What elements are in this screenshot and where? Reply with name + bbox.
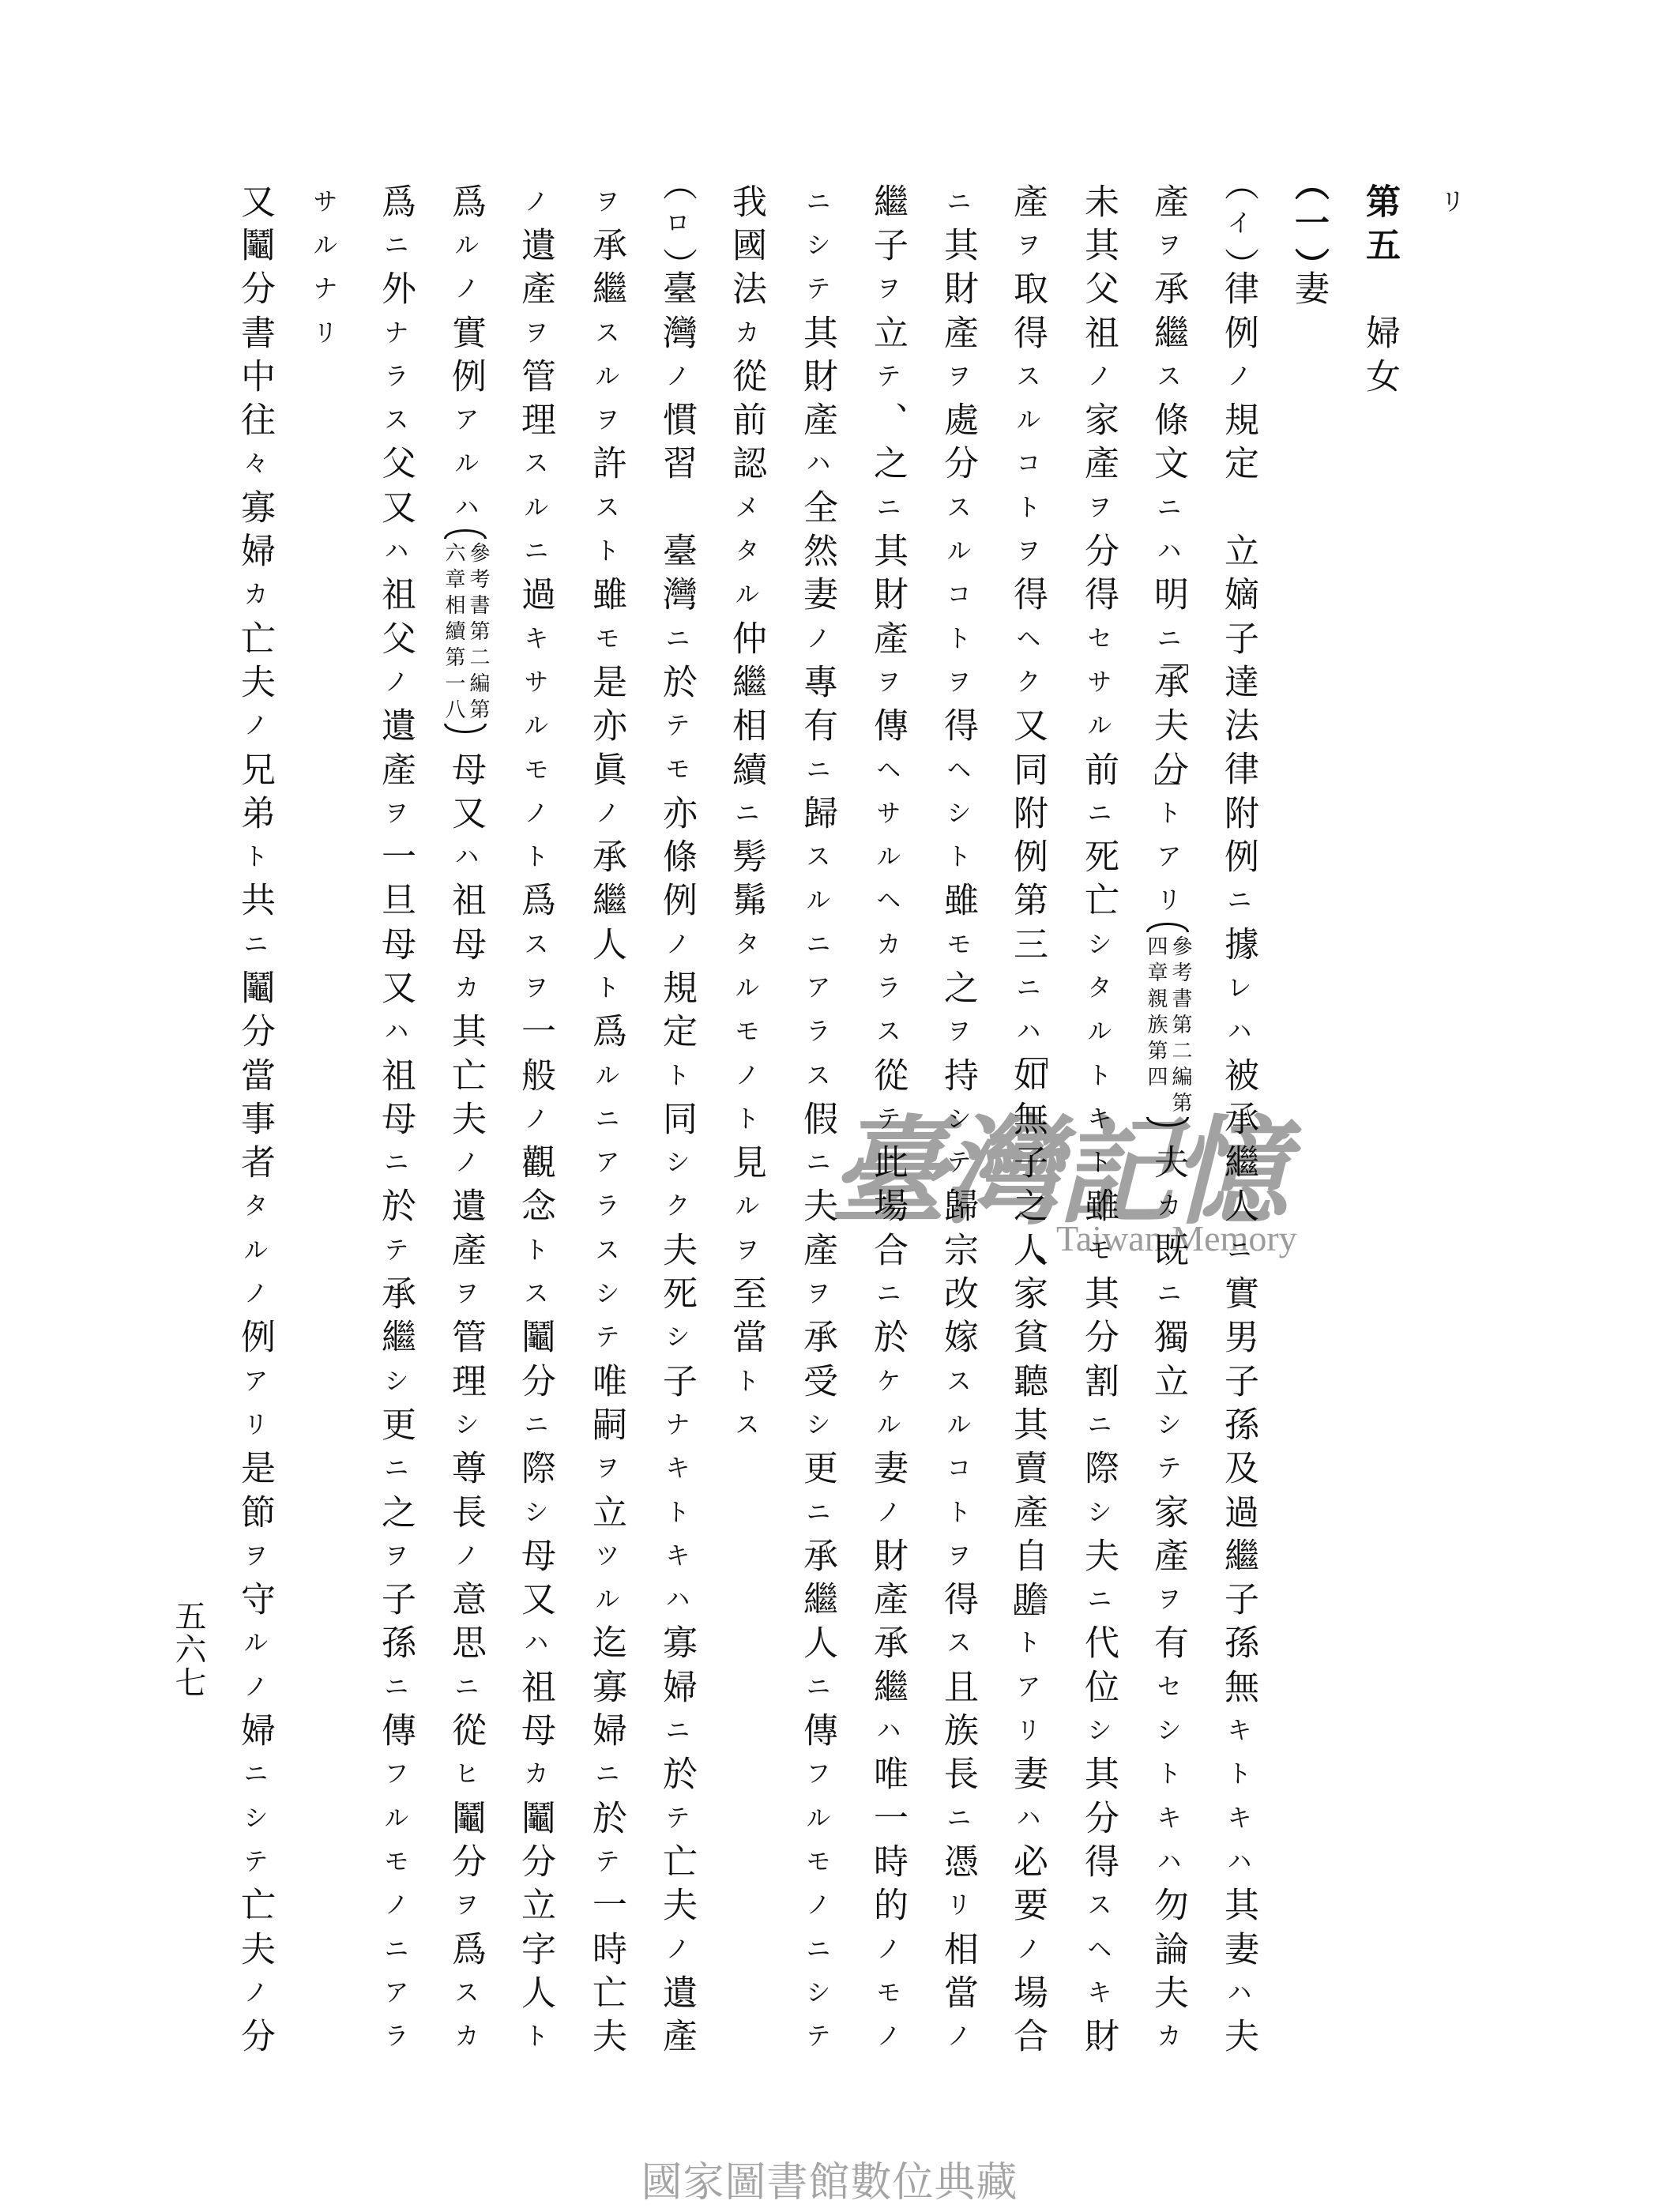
glyph: 於 [863, 1315, 911, 1358]
glyph: 規 [1214, 397, 1262, 440]
column-text: 爲ニ外ナラス父又ハ祖父ノ遺產ヲ一旦母又ハ祖母ニ於テ承繼シ更ニ之ヲ子孫ニ傳フルモノ… [371, 179, 419, 2057]
page-number: 五六七 [160, 1599, 208, 1698]
glyph: 定 [653, 1009, 700, 1052]
glyph: 六 [441, 539, 465, 565]
glyph: 受 [793, 1358, 841, 1401]
glyph: 是 [582, 659, 630, 702]
column-text: サルナリ [300, 179, 348, 353]
glyph: 財 [793, 353, 841, 397]
glyph: ル [442, 441, 489, 484]
glyph: ノ [653, 353, 700, 397]
glyph: リ [1144, 878, 1191, 921]
glyph: ノ [653, 921, 700, 965]
glyph: 子 [1214, 1576, 1262, 1619]
glyph: フ [371, 1751, 419, 1795]
open-paren [1146, 923, 1189, 932]
glyph: 定 [1214, 441, 1262, 484]
glyph: 嫁 [934, 1315, 981, 1358]
glyph: ニ [511, 528, 559, 571]
glyph: ノ [231, 1270, 278, 1314]
column-text: 我國法カ從前認メタル仲繼相續ニ髣髴タルモノト見ルヲ至當トス [722, 179, 769, 1446]
glyph: ト [582, 965, 630, 1008]
glyph: 父 [371, 441, 419, 484]
glyph: 章 [1143, 958, 1168, 984]
glyph: ス [934, 484, 981, 528]
glyph: 勿 [1144, 1883, 1191, 1926]
glyph: ノ [863, 1926, 911, 1969]
glyph: ヲ [1144, 222, 1191, 265]
glyph: ニ [231, 921, 278, 965]
glyph: 夫 [653, 1883, 700, 1926]
glyph: 賣 [1003, 1446, 1051, 1489]
text-column: ノ遺產ヲ管理スルニ過キサルモノト爲スヲ一般ノ觀念トス鬮分ニ際シ母又ハ祖母カ鬮分立… [511, 179, 559, 2057]
glyph: ノ [582, 790, 630, 833]
glyph: 時 [582, 1926, 630, 1969]
note-line-1: 參考書第二編第 [465, 539, 490, 724]
glyph: 中 [231, 353, 278, 397]
glyph: ニ [793, 1489, 841, 1533]
note-lines: 參考書第二編第 四章親族第四 [1143, 932, 1192, 1117]
glyph: 族 [934, 1707, 981, 1751]
glyph: 習 [653, 441, 700, 484]
glyph: （ [1214, 166, 1262, 188]
glyph: シ [1074, 1489, 1122, 1533]
glyph: ト [511, 2013, 559, 2056]
glyph: ハ [653, 1576, 700, 1619]
glyph: 第 [465, 617, 490, 643]
glyph: ハ [1144, 1838, 1191, 1882]
glyph: 共 [231, 878, 278, 921]
glyph: ト [934, 1489, 981, 1533]
glyph: ヘ [863, 747, 911, 790]
glyph: 承 [793, 1315, 841, 1358]
glyph: モ [511, 747, 559, 790]
glyph: 立 [1214, 528, 1262, 571]
glyph: 聽 [1003, 1358, 1051, 1401]
glyph: ハ [1214, 1969, 1262, 2013]
glyph: 分 [511, 1358, 559, 1401]
glyph: 更 [371, 1401, 419, 1445]
glyph: キ [1214, 1707, 1262, 1751]
glyph: 及 [1214, 1446, 1262, 1489]
glyph: 產 [863, 1577, 911, 1620]
glyph: 被 [1214, 1052, 1262, 1096]
glyph: ） [1214, 247, 1262, 269]
glyph: 灣 [653, 310, 700, 353]
glyph: 雖 [582, 572, 630, 615]
glyph: ニ [371, 1664, 419, 1707]
glyph: ニ [1144, 1270, 1191, 1314]
glyph: 編 [1168, 1063, 1192, 1089]
glyph: 鬮 [442, 1795, 489, 1838]
glyph: 祖 [442, 878, 489, 921]
glyph: （ [1285, 166, 1332, 188]
glyph: ア [582, 1140, 630, 1183]
glyph: シ [511, 1489, 559, 1533]
glyph: ヲ [582, 1446, 630, 1489]
glyph: 實 [1214, 1270, 1262, 1314]
glyph: 人 [582, 921, 630, 965]
glyph: 貧 [1003, 1315, 1051, 1358]
glyph: 迄 [582, 1620, 630, 1664]
glyph: 亡 [582, 1969, 630, 2013]
glyph: 相 [722, 703, 769, 747]
glyph: 第 [1003, 878, 1051, 921]
glyph: 一 [511, 1009, 559, 1052]
glyph: 八 [441, 695, 465, 721]
glyph: リ [934, 1883, 981, 1926]
glyph: 五 [160, 1599, 208, 1632]
glyph: ニ [1144, 484, 1191, 528]
glyph: 是 [231, 1446, 278, 1489]
glyph: カ [231, 572, 278, 615]
glyph: ラ [863, 965, 911, 1008]
glyph: 二 [465, 643, 490, 669]
glyph: ノ [1214, 353, 1262, 397]
glyph: 產 [1003, 1489, 1051, 1533]
glyph: 分 [934, 441, 981, 484]
glyph: 得 [934, 1577, 981, 1620]
glyph: 繼 [793, 1577, 841, 1620]
glyph: 慣 [653, 397, 700, 440]
glyph: 髣 [722, 833, 769, 877]
glyph: 爲 [582, 1009, 630, 1052]
glyph: 產 [1074, 441, 1122, 484]
glyph: 認 [722, 441, 769, 484]
glyph: 承 [582, 222, 630, 265]
glyph: 往 [231, 397, 278, 440]
glyph: ヲ [934, 1009, 981, 1052]
glyph: ト [1003, 484, 1051, 528]
glyph: ラ [371, 2013, 419, 2056]
glyph: 參 [465, 539, 490, 565]
glyph: 雖 [934, 878, 981, 921]
glyph: ニ [1214, 878, 1262, 921]
glyph: ヲ [371, 790, 419, 833]
glyph: 妻 [793, 572, 841, 615]
glyph: シ [793, 222, 841, 265]
glyph: ト [511, 833, 559, 877]
glyph: 六 [160, 1632, 208, 1665]
chapter-title: 婦女 [1356, 310, 1403, 397]
glyph: 至 [722, 1270, 769, 1314]
glyph: 節 [231, 1489, 278, 1533]
glyph: 管 [511, 353, 559, 397]
glyph: ノ [442, 1533, 489, 1576]
column-text: 又鬮分書中往々寡婦カ亡夫ノ兄弟ト共ニ鬮分當事者タルノ例アリ是節ヲ守ルノ婦ニシテ亡… [231, 179, 278, 2057]
glyph: 承 [863, 1620, 911, 1664]
glyph: シ [934, 790, 981, 833]
glyph: 例 [231, 1315, 278, 1358]
glyph: ヲ [1074, 484, 1122, 528]
glyph: 從 [722, 353, 769, 397]
glyph: 旦 [371, 878, 419, 921]
glyph: 亡 [1074, 878, 1122, 921]
glyph: ヘ [1003, 615, 1051, 659]
glyph: 規 [653, 965, 700, 1008]
note-line-2: 六章相續第一八 [441, 539, 465, 724]
glyph: 之 [863, 441, 911, 484]
glyph: ニ [863, 484, 911, 528]
glyph: シ [371, 1358, 419, 1401]
glyph: 死 [653, 1270, 700, 1314]
glyph: ス [1144, 353, 1191, 397]
glyph: ス [722, 1401, 769, 1445]
glyph: 必 [1003, 1838, 1051, 1882]
glyph: ル [582, 1577, 630, 1620]
glyph: 寡 [582, 1664, 630, 1707]
glyph: ハ [511, 1620, 559, 1664]
glyph: ハ [371, 1009, 419, 1052]
glyph: ニ [582, 1096, 630, 1139]
glyph: ル [934, 1401, 981, 1445]
glyph: レ [1214, 965, 1262, 1008]
glyph: 於 [653, 1751, 700, 1795]
glyph: 其 [1214, 1883, 1262, 1926]
glyph: 唯 [863, 1751, 911, 1795]
glyph: ロ [653, 201, 700, 244]
glyph: 夫 [582, 2013, 630, 2056]
glyph: ル [722, 572, 769, 615]
glyph: ル [863, 1401, 911, 1445]
glyph: 自 [1003, 1533, 1051, 1576]
glyph: ス [863, 1009, 911, 1052]
glyph: 立 [582, 1489, 630, 1533]
glyph: ル [1003, 397, 1051, 440]
glyph: 過 [1214, 1489, 1262, 1533]
glyph: 書 [231, 310, 278, 353]
glyph: ア [231, 1358, 278, 1401]
section-label: （一） [1285, 179, 1332, 266]
column-text: （ロ）臺灣ノ慣習臺灣ニ於テモ亦條例ノ規定ト同シク夫死シ子ナキトキハ寡婦ニ於テ亡夫… [653, 179, 700, 2057]
glyph: 又 [231, 179, 278, 222]
glyph: モ [722, 1009, 769, 1052]
glyph: 之 [934, 965, 981, 1008]
glyph: ヘ [863, 878, 911, 921]
glyph: テ [793, 2013, 841, 2056]
glyph: 夫 [442, 1096, 489, 1139]
glyph: 婦 [231, 1707, 278, 1751]
glyph: 三 [1003, 921, 1051, 965]
glyph: 爲 [442, 1926, 489, 1969]
glyph: 條 [1144, 397, 1191, 440]
glyph: 族 [1143, 1010, 1168, 1036]
glyph: 婦 [653, 1664, 700, 1707]
glyph: 第 [1168, 1010, 1192, 1036]
glyph: ナ [371, 310, 419, 353]
glyph: ニ [1003, 965, 1051, 1008]
glyph: 長 [934, 1751, 981, 1795]
glyph: シ [653, 1315, 700, 1358]
glyph: シ [231, 1795, 278, 1838]
glyph: 婦 [582, 1707, 630, 1751]
glyph: 第 [465, 695, 490, 721]
glyph: 子 [371, 1577, 419, 1620]
glyph: 場 [1003, 1969, 1051, 2013]
glyph: ト [934, 615, 981, 659]
glyph: ヲ [582, 397, 630, 440]
glyph: 要 [1003, 1883, 1051, 1926]
glyph: フ [793, 1751, 841, 1795]
glyph: 分 [231, 1009, 278, 1052]
glyph: 取 [1003, 266, 1051, 310]
glyph: 例 [1214, 833, 1262, 877]
continuation-column: リ [1428, 179, 1475, 222]
glyph: 女 [1356, 353, 1403, 397]
glyph: 繼 [1214, 1533, 1262, 1576]
glyph: ヘ [1074, 1926, 1122, 1969]
glyph: ノ [1074, 353, 1122, 397]
glyph: ヒ [442, 1751, 489, 1795]
glyph: 財 [934, 266, 981, 310]
glyph: リ [231, 1401, 278, 1445]
glyph: ヲ [1003, 222, 1051, 265]
glyph: ノ [793, 615, 841, 659]
glyph: ニ [793, 179, 841, 222]
glyph: 許 [582, 441, 630, 484]
glyph: ニ [1074, 1401, 1122, 1445]
glyph: ヲ [722, 1227, 769, 1270]
glyph: 一 [863, 1795, 911, 1838]
glyph: テ [231, 1838, 278, 1882]
glyph: ケ [863, 1358, 911, 1401]
glyph: 亦 [653, 790, 700, 833]
glyph: ヲ [582, 179, 630, 222]
glyph: ニ [934, 179, 981, 222]
glyph: 者 [231, 1140, 278, 1183]
glyph: キ [653, 1533, 700, 1576]
glyph: ヲ [863, 266, 911, 310]
glyph: 據 [1214, 921, 1262, 965]
glyph: タ [1074, 965, 1122, 1008]
glyph: 四 [1143, 932, 1168, 958]
glyph: 長 [442, 1489, 489, 1533]
glyph: 繼 [722, 659, 769, 702]
glyph: シ [793, 1969, 841, 2013]
glyph: 未 [1074, 179, 1122, 222]
glyph: ニ [371, 222, 419, 265]
text-column: サルナリ [300, 179, 348, 353]
open-paren [444, 529, 487, 539]
glyph: ヘ [934, 747, 981, 790]
glyph: ノ [231, 1969, 278, 2013]
glyph: 子 [653, 1358, 700, 1401]
glyph: 達 [1214, 659, 1262, 702]
spacer [653, 484, 700, 528]
page-number-text: 五六七 [160, 1599, 208, 1698]
glyph: ヲ [934, 1533, 981, 1576]
glyph: 亡 [653, 1838, 700, 1882]
glyph: 例 [442, 353, 489, 397]
glyph: コ [934, 572, 981, 615]
glyph: 亡 [442, 1052, 489, 1096]
glyph: 夫 [1144, 1969, 1191, 2013]
glyph: ル [231, 1227, 278, 1270]
glyph: ア [793, 965, 841, 1008]
glyph: 參 [1168, 932, 1192, 958]
glyph: 一 [441, 669, 465, 695]
glyph: ノ [231, 703, 278, 747]
spacer [1214, 484, 1262, 528]
glyph: 祖 [511, 1664, 559, 1707]
glyph: シ [1074, 921, 1122, 965]
glyph: ノ [442, 1140, 489, 1183]
glyph: 又 [371, 484, 419, 528]
glyph: 產 [1003, 179, 1051, 222]
glyph: ア [1144, 833, 1191, 877]
glyph: 祖 [371, 572, 419, 615]
glyph: 繼 [863, 1664, 911, 1707]
glyph: ヲ [793, 1270, 841, 1314]
glyph: ハ [442, 833, 489, 877]
glyph: 文 [1144, 441, 1191, 484]
glyph: ニ [793, 921, 841, 965]
glyph: ト [511, 1227, 559, 1270]
glyph: ル [934, 528, 981, 571]
glyph: 國 [722, 222, 769, 265]
glyph: 外 [371, 266, 419, 310]
glyph: 立 [863, 310, 911, 353]
watermark-logo-text: 臺灣記憶 [829, 1112, 1285, 1231]
glyph: 弟 [231, 790, 278, 833]
glyph: キ [1214, 1795, 1262, 1838]
glyph: 字 [511, 1926, 559, 1969]
glyph: 二 [1168, 1036, 1192, 1063]
glyph: ニ [863, 1270, 911, 1314]
glyph: 父 [371, 615, 419, 659]
glyph: ス [511, 1270, 559, 1314]
glyph: ヲ [863, 659, 911, 702]
close-paren [444, 724, 487, 733]
text-column: （ロ）臺灣ノ慣習臺灣ニ於テモ亦條例ノ規定ト同シク夫死シ子ナキトキハ寡婦ニ於テ亡夫… [653, 179, 700, 2057]
glyph: ヲ [442, 1270, 489, 1314]
glyph: ハ [1003, 1795, 1051, 1838]
glyph: ノ [371, 1883, 419, 1926]
glyph: 代 [1074, 1620, 1122, 1664]
glyph: 獨 [1144, 1315, 1191, 1358]
glyph: ヲ [934, 659, 981, 702]
glyph: 時 [863, 1838, 911, 1882]
glyph: 其 [1074, 1270, 1122, 1314]
glyph: ラ [371, 353, 419, 397]
glyph: シ [1144, 1401, 1191, 1445]
glyph: 嫡 [1214, 572, 1262, 615]
glyph: 家 [1074, 397, 1122, 440]
glyph: 死 [1074, 833, 1122, 877]
glyph: テ [582, 1838, 630, 1882]
glyph: 理 [511, 397, 559, 440]
glyph: サ [300, 179, 348, 222]
glyph: 繼 [863, 179, 911, 222]
glyph: 承 [371, 1270, 419, 1314]
glyph: ト [1074, 1052, 1122, 1096]
glyph: 處 [934, 397, 981, 440]
glyph: 妻 [863, 1446, 911, 1489]
glyph: ツ [582, 1533, 630, 1576]
glyph: モ [371, 1838, 419, 1882]
glyph: 意 [442, 1577, 489, 1620]
column-text: ノ遺產ヲ管理スルニ過キサルモノト爲スヲ一般ノ觀念トス鬮分ニ際シ母又ハ祖母カ鬮分立… [511, 179, 559, 2057]
glyph: ナ [653, 1401, 700, 1445]
glyph: 四 [1143, 1063, 1168, 1089]
glyph: 母 [442, 747, 489, 790]
glyph: 例 [1214, 310, 1262, 353]
glyph: 財 [863, 572, 911, 615]
glyph: 繼 [582, 878, 630, 921]
glyph: 又 [1003, 703, 1051, 747]
glyph: 其 [442, 1009, 489, 1052]
glyph: 子 [1214, 615, 1262, 659]
